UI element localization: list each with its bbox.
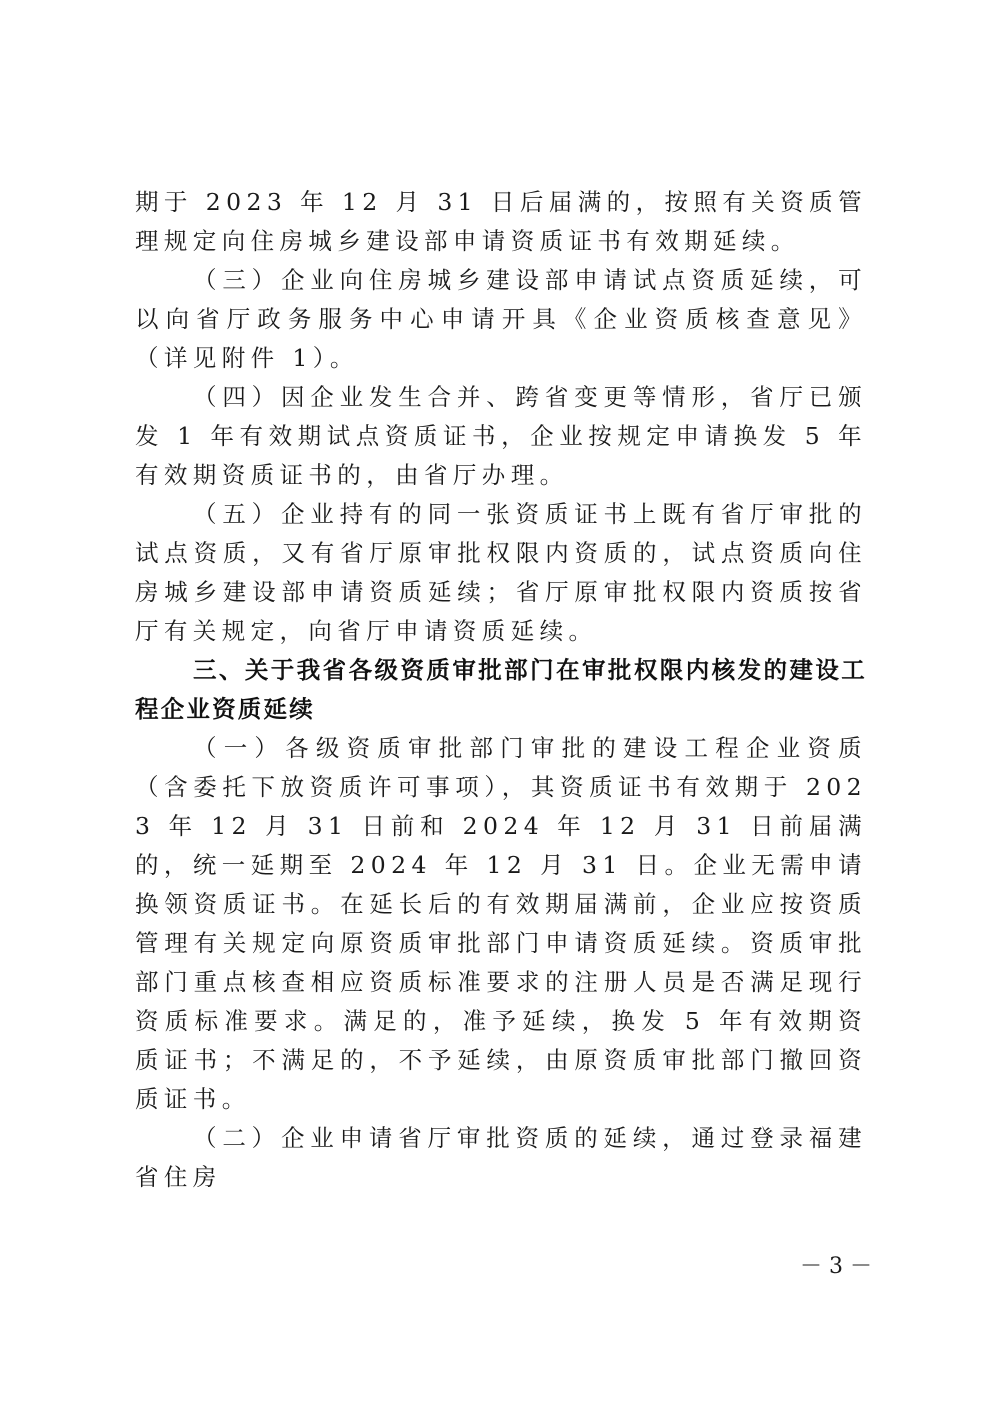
paragraph-item-1: （一）各级资质审批部门审批的建设工程企业资质（含委托下放资质许可事项），其资质证… (135, 729, 867, 1119)
section-heading-3: 三、关于我省各级资质审批部门在审批权限内核发的建设工程企业资质延续 (135, 651, 867, 729)
document-page: 期于 2023 年 12 月 31 日后届满的，按照有关资质管理规定向住房城乡建… (135, 183, 867, 1197)
paragraph-continuation: 期于 2023 年 12 月 31 日后届满的，按照有关资质管理规定向住房城乡建… (135, 183, 867, 261)
paragraph-item-4: （四）因企业发生合并、跨省变更等情形，省厅已颁发 1 年有效期试点资质证书，企业… (135, 378, 867, 495)
paragraph-item-3: （三）企业向住房城乡建设部申请试点资质延续，可以向省厅政务服务中心申请开具《企业… (135, 261, 867, 378)
paragraph-item-2: （二）企业申请省厅审批资质的延续，通过登录福建省住房 (135, 1119, 867, 1197)
page-number: － 3 － (800, 1252, 880, 1282)
paragraph-item-5: （五）企业持有的同一张资质证书上既有省厅审批的试点资质，又有省厅原审批权限内资质… (135, 495, 867, 651)
